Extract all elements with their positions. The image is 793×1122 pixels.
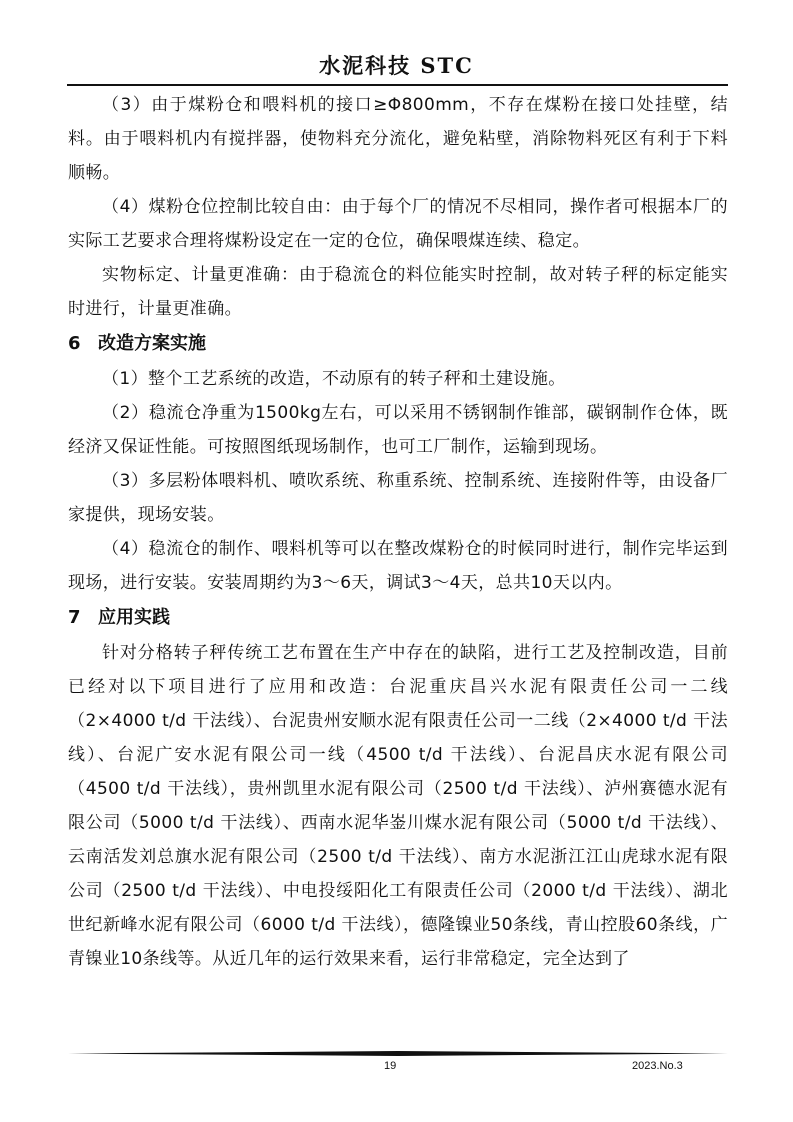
section-7-heading: 7应用实践 — [68, 600, 728, 636]
paragraph-bin-level-control: （4）煤粉仓位控制比较自由：由于每个厂的情况不尽相同，操作者可根据本厂的实际工艺… — [68, 190, 728, 258]
section-6-item-4: （4）稳流仓的制作、喂料机等可以在整改煤粉仓的时候同时进行，制作完毕运到现场，进… — [68, 532, 728, 600]
section-6-heading: 6改造方案实施 — [68, 326, 728, 362]
paragraph-feeder-interface: （3）由于煤粉仓和喂料机的接口≥Φ800mm，不存在煤粉在接口处挂壁，结料。由于… — [68, 88, 728, 190]
page-number: 19 — [384, 1060, 396, 1072]
article-body: （3）由于煤粉仓和喂料机的接口≥Φ800mm，不存在煤粉在接口处挂壁，结料。由于… — [68, 88, 728, 976]
header-rule — [67, 84, 728, 86]
paragraph-calibration: 实物标定、计量更准确：由于稳流仓的料位能实时控制，故对转子秤的标定能实时进行，计… — [68, 258, 728, 326]
section-6-item-2: （2）稳流仓净重为1500kg左右，可以采用不锈钢制作锥部，碳钢制作仓体，既经济… — [68, 396, 728, 464]
issue-label: 2023.No.3 — [632, 1060, 683, 1072]
section-6-title: 改造方案实施 — [98, 333, 206, 354]
section-6-item-3: （3）多层粉体喂料机、喷吹系统、称重系统、控制系统、连接附件等，由设备厂家提供，… — [68, 464, 728, 532]
section-6-item-1: （1）整个工艺系统的改造，不动原有的转子秤和土建设施。 — [68, 362, 728, 396]
section-6-number: 6 — [68, 326, 98, 362]
section-7-paragraph-1: 针对分格转子秤传统工艺布置在生产中存在的缺陷，进行工艺及控制改造，目前已经对以下… — [68, 636, 728, 976]
footer-rule — [68, 1051, 728, 1056]
section-7-title: 应用实践 — [98, 607, 170, 628]
section-7-number: 7 — [68, 600, 98, 636]
journal-title: 水泥科技 STC — [0, 50, 793, 80]
